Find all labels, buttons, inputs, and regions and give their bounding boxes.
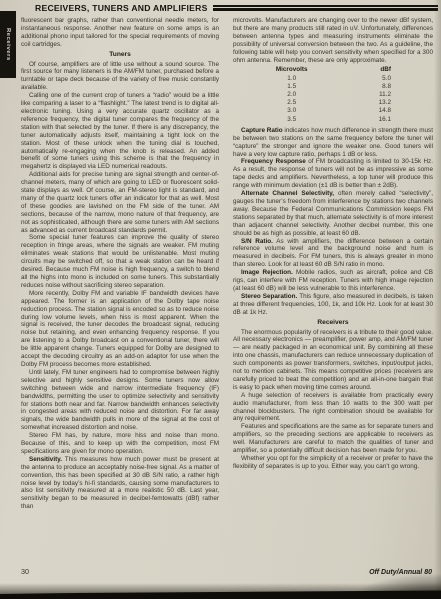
paragraph: Whether you opt for the simplicity of a … — [233, 455, 433, 471]
dbf-value: 14.8 — [336, 107, 419, 115]
footer-credit: Off Duty/Annual 80 — [369, 569, 432, 576]
paragraph: A huge selection of receivers is availab… — [233, 392, 433, 424]
paragraph: Additional aids for precise tuning are s… — [21, 171, 219, 234]
definition-term: Frequency Response — [241, 158, 306, 165]
paragraph: Some special tuner features can improve … — [21, 234, 219, 289]
paragraph: More recently, Dolby FM and variable IF … — [21, 290, 219, 369]
section-tab-label: Receivers — [5, 28, 11, 61]
page-corner-shadow — [351, 573, 441, 599]
definition-text: often merely called “selectivity”, gauge… — [233, 190, 433, 237]
page-header-title: RECEIVERS, TUNERS AND AMPLIFIERS — [35, 3, 208, 13]
receivers-heading: Receivers — [233, 319, 433, 327]
uv-to-dbf-conversion-table: Microvolts dBf 1.05.0 1.58.8 2.011.2 2.5… — [247, 66, 419, 123]
dbf-value: 8.8 — [336, 83, 419, 91]
definition-term: S/N Ratio. — [241, 238, 273, 245]
paragraph: fluorescent bar graphs, rather than conv… — [21, 17, 219, 49]
tuners-heading: Tuners — [21, 51, 219, 59]
column-header-microvolts: Microvolts — [247, 66, 336, 74]
paragraph: Until lately, FM tuner engineers had to … — [21, 369, 219, 432]
right-column: microvolts. Manufacturers are changing o… — [233, 17, 433, 471]
definition-paragraph: Frequency Response of FM broadcasting is… — [233, 158, 433, 190]
page-right-edge-shadow — [434, 0, 441, 599]
left-column: fluorescent bar graphs, rather than conv… — [21, 17, 219, 511]
definition-paragraph: Alternate Channel Selectivity, often mer… — [233, 190, 433, 237]
definition-term: Alternate Channel Selectivity, — [241, 190, 334, 197]
paragraph: Features and specifications are the same… — [233, 423, 433, 455]
paragraph: Of course, amplifiers are of little use … — [21, 61, 219, 93]
header-rule — [213, 5, 438, 11]
definition-term: Sensitivity. — [29, 456, 62, 463]
table-header-row: Microvolts dBf — [247, 66, 419, 74]
definition-term: Image Rejection. — [241, 269, 293, 276]
table-row: 3.014.8 — [247, 107, 419, 115]
definition-paragraph: Image Rejection. Mobile radios, such as … — [233, 269, 433, 293]
microvolts-value: 3.0 — [247, 107, 336, 115]
table-row: 2.011.2 — [247, 91, 419, 99]
definition-paragraph: Capture Ratio indicates how much differe… — [233, 127, 433, 159]
definition-term: Stereo Separation. — [241, 293, 297, 300]
microvolts-value: 3.5 — [247, 116, 336, 124]
table-row: 1.58.8 — [247, 83, 419, 91]
table-row: 1.05.0 — [247, 75, 419, 83]
microvolts-value: 2.0 — [247, 91, 336, 99]
microvolts-value: 2.5 — [247, 99, 336, 107]
page-header: RECEIVERS, TUNERS AND AMPLIFIERS — [35, 3, 438, 13]
dbf-value: 11.2 — [336, 91, 419, 99]
page-bottom-fade — [0, 583, 441, 593]
dbf-value: 13.2 — [336, 99, 419, 107]
definition-paragraph: S/N Ratio. As with amplifiers, the diffe… — [233, 238, 433, 270]
table-row: 2.513.2 — [247, 99, 419, 107]
page-bottom-edge — [0, 590, 441, 599]
paragraph: The enormous popularity of receivers is … — [233, 329, 433, 392]
paragraph: Stereo FM has, by nature, more hiss and … — [21, 432, 219, 456]
paragraph: microvolts. Manufacturers are changing o… — [233, 17, 433, 64]
page-number: 30 — [21, 567, 29, 576]
dbf-value: 16.1 — [336, 116, 419, 124]
magazine-page: RECEIVERS, TUNERS AND AMPLIFIERS Receive… — [0, 0, 441, 599]
column-header-dbf: dBf — [336, 66, 419, 74]
table-row: 3.516.1 — [247, 116, 419, 124]
definition-paragraph: Stereo Separation. This figure, also mea… — [233, 293, 433, 317]
microvolts-value: 1.5 — [247, 83, 336, 91]
section-tab-receivers: Receivers — [0, 11, 16, 78]
definition-text: This measures how much power must be pre… — [21, 456, 219, 510]
definition-term: Capture Ratio — [241, 127, 283, 134]
microvolts-value: 1.0 — [247, 75, 336, 83]
dbf-value: 5.0 — [336, 75, 419, 83]
paragraph: Calling one of the current crop of tuner… — [21, 92, 219, 171]
definition-paragraph: Sensitivity. This measures how much powe… — [21, 456, 219, 511]
